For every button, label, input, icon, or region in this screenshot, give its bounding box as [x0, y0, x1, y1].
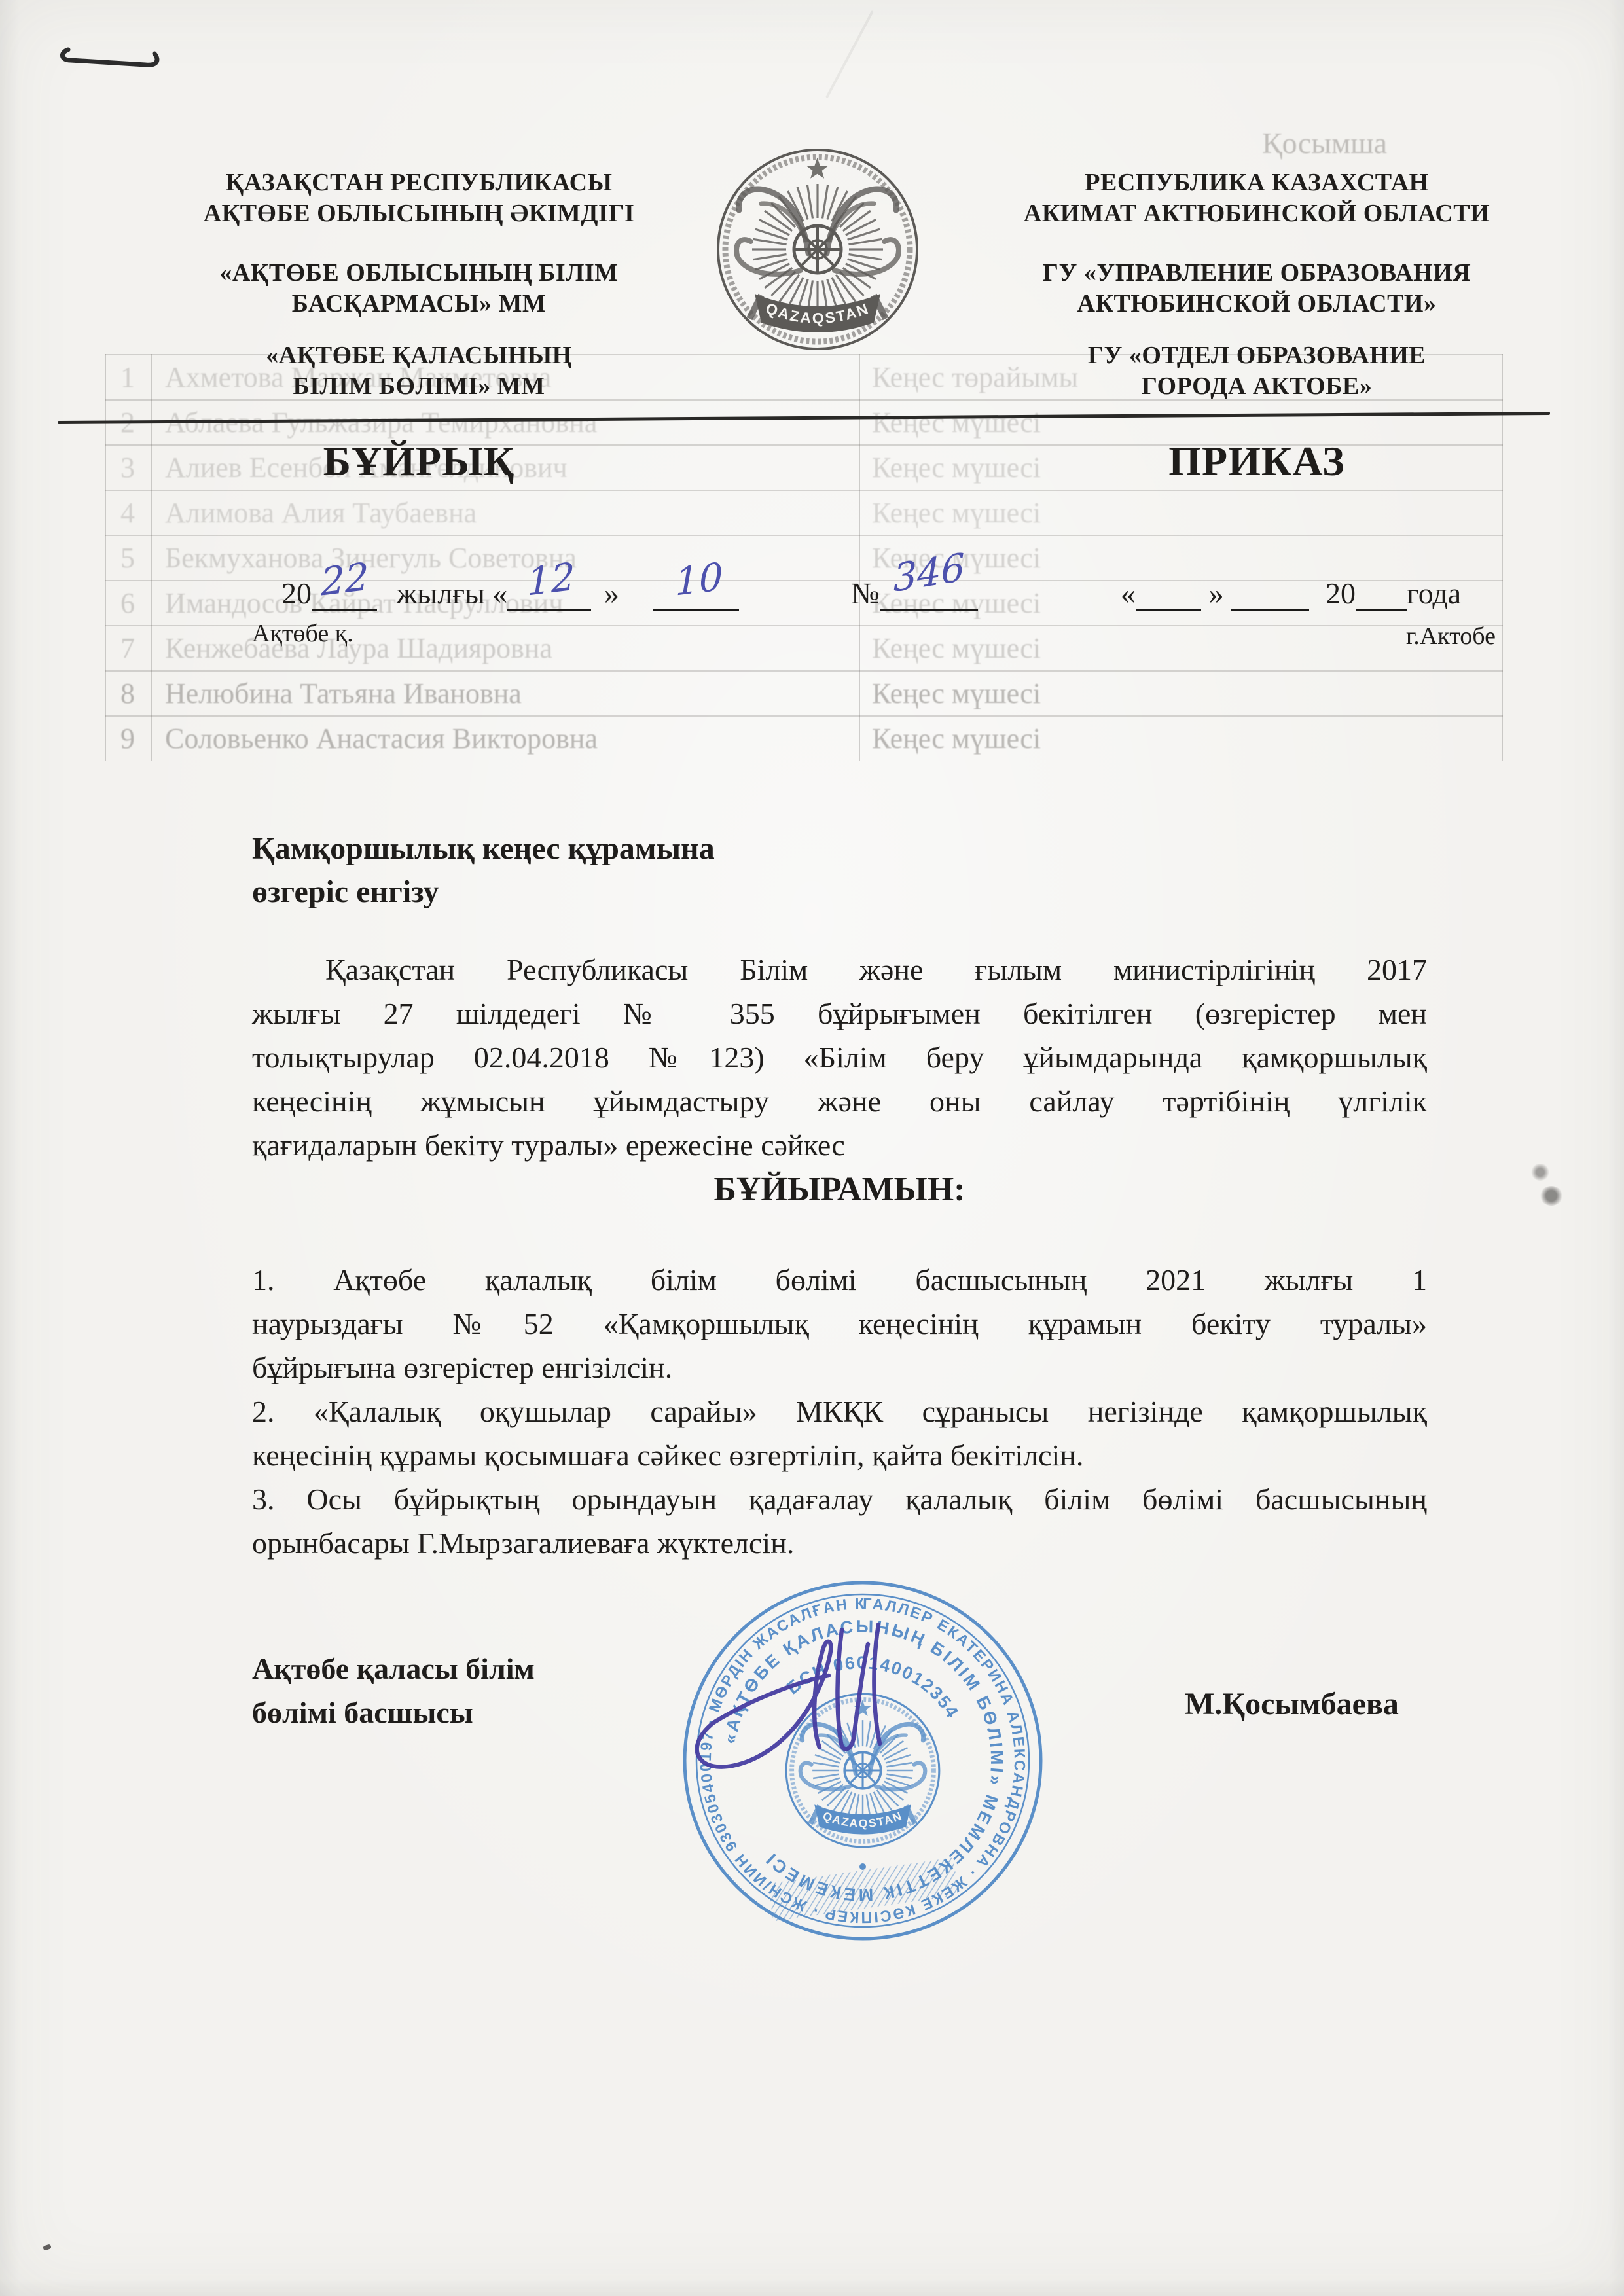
org-name-line: АҚТӨБЕ ОБЛЫСЫНЫҢ ӘКІМДІГІ: [190, 198, 648, 229]
org-name-line: РЕСПУБЛИКА КАЗАХСТАН: [1001, 168, 1512, 198]
day-blank-ru: [1136, 571, 1201, 611]
close-quote: »: [1209, 577, 1224, 610]
letterhead-right: РЕСПУБЛИКА КАЗАХСТАН АКИМАТ АКТЮБИНСКОЙ …: [1001, 168, 1512, 402]
table-row: 4Алимова Алия ТаубаевнаКеңес мүшесі: [105, 490, 1503, 535]
table-row: 8Нелюбина Татьяна ИвановнаКеңес мүшесі: [105, 670, 1503, 715]
order-title-kk: БҰЙРЫҚ: [190, 437, 648, 486]
open-quote: «: [1121, 577, 1136, 610]
signer-position-line: Ақтөбе қаласы білім: [252, 1647, 535, 1691]
paragraph-line: қағидаларын бекіту туралы» ережесіне сәй…: [252, 1123, 1427, 1167]
month-blank-ru: [1231, 571, 1309, 611]
paragraph-line: жылғы 27 шілдедегі № 355 бұйрығымен бекі…: [252, 992, 1427, 1035]
item-line: бұйрығына өзгерістер енгізілсін.: [252, 1346, 1427, 1390]
handwritten-year: 22: [321, 557, 369, 601]
table-row: 9Соловьенко Анастасия ВикторовнаКеңес мү…: [105, 715, 1503, 761]
org-name-line: ГУ «ОТДЕЛ ОБРАЗОВАНИЕ: [1001, 340, 1512, 371]
org-name-line: «АҚТӨБЕ ОБЛЫСЫНЫҢ БІЛІМ: [190, 258, 648, 289]
pen-mark: [0, 0, 262, 105]
day-blank: 12: [507, 571, 591, 611]
item-line: 1. Ақтөбе қалалық білім бөлімі басшысыны…: [252, 1258, 1427, 1302]
org-name-line: АКИМАТ АКТЮБИНСКОЙ ОБЛАСТИ: [1001, 198, 1512, 229]
kazakhstan-emblem-icon: [712, 144, 923, 355]
order-items: 1. Ақтөбе қалалық білім бөлімі басшысыны…: [252, 1258, 1427, 1565]
city-kk: Ақтөбе қ.: [252, 619, 353, 648]
year-blank-ru: [1356, 571, 1407, 611]
signer-position: Ақтөбе қаласы білім бөлімі басшысы: [252, 1647, 535, 1734]
date-line-right: « » 20года: [1121, 571, 1461, 611]
date-middle: жылғы «: [397, 577, 508, 610]
letterhead-left: ҚАЗАҚСТАН РЕСПУБЛИКАСЫ АҚТӨБЕ ОБЛЫСЫНЫҢ …: [190, 168, 648, 402]
org-name-line: «АҚТӨБЕ ҚАЛАСЫНЫҢ: [190, 340, 648, 371]
crease-mark: [825, 10, 874, 98]
org-name-line: ҚАЗАҚСТАН РЕСПУБЛИКАСЫ: [190, 168, 648, 198]
year-suffix-ru: года: [1407, 577, 1461, 610]
paragraph-line: кеңесінің жұмысын ұйымдастыру және оны с…: [252, 1079, 1427, 1123]
org-name-line: ГОРОДА АКТОБЕ»: [1001, 371, 1512, 402]
signer-position-line: бөлімі басшысы: [252, 1691, 535, 1734]
item-line: орынбасары Г.Мырзагалиеваға жүктелсін.: [252, 1521, 1427, 1565]
subject-heading: Қамқоршылық кеңес құрамына өзгеріс енгіз…: [252, 827, 715, 914]
item-line: наурыздағы №52 «Қамқоршылық кеңесінің құ…: [252, 1302, 1427, 1346]
official-stamp: ГАЛЛЕР ЕКАТЕРИНА АЛЕКСАНДРОВНА · ЖЕКЕ КӘ…: [673, 1571, 1053, 1950]
item-line: 3. Осы бұйрықтың орындауын қадағалау қал…: [252, 1477, 1427, 1521]
smudge-mark-2: [1540, 1186, 1563, 1206]
org-name-line: БАСҚАРМАСЫ» ММ: [190, 289, 648, 319]
number-blank: 346: [880, 571, 978, 611]
month-blank: 10: [653, 571, 739, 611]
scanned-order-page: Қосымша 1Ахметова Маржан МахметовнаКеңес…: [0, 0, 1624, 2296]
org-name-line: АКТЮБИНСКОЙ ОБЛАСТИ»: [1001, 289, 1512, 319]
subject-line: Қамқоршылық кеңес құрамына: [252, 827, 715, 870]
handwritten-number: 346: [893, 548, 965, 598]
stamp-emblem-icon: [786, 1694, 939, 1847]
date-prefix: 20: [281, 577, 312, 610]
paragraph-line: толықтырулар 02.04.2018 №123) «Білім бер…: [252, 1035, 1427, 1079]
subject-line: өзгеріс енгізу: [252, 870, 715, 914]
handwritten-day: 12: [527, 557, 575, 601]
preamble-paragraph: Қазақстан Республикасы Білім және ғылым …: [252, 948, 1427, 1167]
item-line: 2. «Қалалық оқушылар сарайы» МКҚК сұраны…: [252, 1390, 1427, 1433]
org-name-line: БІЛІМ БӨЛІМІ» ММ: [190, 371, 648, 402]
org-name-line: ГУ «УПРАВЛЕНИЕ ОБРАЗОВАНИЯ: [1001, 258, 1512, 289]
date-close-quote: »: [604, 577, 619, 610]
date-line-left: 2022 жылғы «12 » 10: [281, 571, 739, 611]
number-sign: №: [851, 577, 880, 610]
bleedthrough-corner-label: Қосымша: [1262, 126, 1387, 160]
year-prefix-ru: 20: [1326, 577, 1356, 610]
city-ru: г.Актобе: [1406, 622, 1496, 651]
smudge-mark: [1530, 1164, 1550, 1181]
signer-name: М.Қосымбаева: [1185, 1686, 1399, 1722]
item-line: кеңесінің құрамы қосымшаға сәйкес өзгерт…: [252, 1433, 1427, 1477]
edge-speck: [43, 2244, 52, 2250]
paragraph-line: Қазақстан Республикасы Білім және ғылым …: [252, 948, 1427, 992]
resolution-word: БҰЙЫРАМЫН:: [252, 1170, 1427, 1209]
handwritten-month: 10: [675, 557, 723, 601]
order-number: №346: [851, 571, 978, 611]
order-title-ru: ПРИКАЗ: [1001, 437, 1512, 486]
year-blank: 22: [312, 571, 377, 611]
